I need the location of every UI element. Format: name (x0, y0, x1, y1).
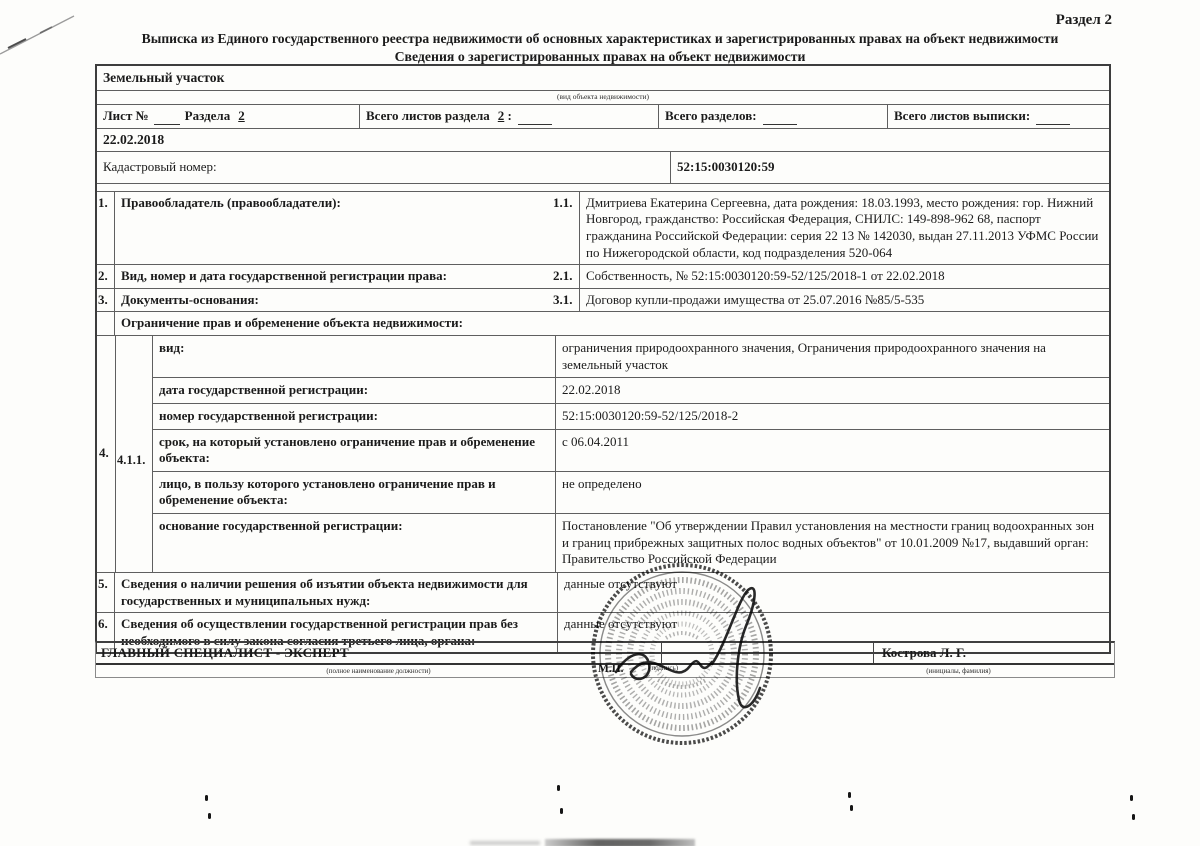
table-row-documents: 3. Документы-основания: 3.1. Договор куп… (97, 289, 1109, 313)
restriction-person-value: не определено (555, 472, 1109, 513)
total-sections-blank-line (763, 113, 797, 125)
scan-dot-artifact (205, 795, 208, 801)
restriction-kind-value: ограничения природоохранного значения, О… (555, 336, 1109, 377)
total-sections-label: Всего разделов: (665, 108, 757, 123)
table-row-restriction-kind: вид: ограничения природоохранного значен… (153, 336, 1109, 378)
row1-value: Дмитриева Екатерина Сергеевна, дата рожд… (580, 192, 1109, 265)
row1-label: Правообладатель (правообладатели): (115, 192, 552, 265)
total-sections-cell: Всего разделов: (658, 105, 887, 128)
scan-dot-artifact (208, 813, 211, 819)
sheet-counters-row: Лист №Раздела2 Всего листов раздела2 : В… (97, 105, 1109, 129)
scan-dot-artifact (557, 785, 560, 791)
restrictions-header: Ограничение прав и обременение объекта н… (115, 312, 1109, 335)
restriction-date-value: 22.02.2018 (555, 378, 1109, 403)
restriction-number-value: 52:15:0030120:59-52/125/2018-2 (555, 404, 1109, 429)
row3-subnumber: 3.1. (552, 289, 580, 312)
cadastral-number-label: Кадастровый номер: (97, 152, 670, 183)
object-type-row: Земельный участок (97, 66, 1109, 91)
scan-smudge-artifact (470, 841, 540, 845)
restrictions-rows: вид: ограничения природоохранного значен… (153, 336, 1109, 572)
row4-number: 4. (99, 445, 109, 462)
sheet-number-cell: Лист №Раздела2 (97, 105, 359, 128)
row1-number: 1. (97, 192, 115, 265)
table-row-restriction-number: номер государственной регистрации: 52:15… (153, 404, 1109, 430)
row3-label: Документы-основания: (115, 289, 552, 312)
spacer-row (97, 184, 1109, 192)
section-no-value: 2 (238, 108, 245, 123)
position-caption: (полное наименование должности) (96, 665, 661, 675)
sheets-in-section-blank-line (518, 113, 552, 125)
section-label: Раздел 2 (1056, 12, 1112, 29)
row2-subnumber: 2.1. (552, 265, 580, 288)
column-divider (152, 336, 153, 572)
sheets-in-section-value: 2 (498, 108, 505, 123)
table-row-restriction-person: лицо, в пользу которого установлено огра… (153, 472, 1109, 514)
document-title: Выписка из Единого государственного реес… (60, 31, 1140, 47)
section-no-label: Раздела (185, 108, 231, 123)
scan-dot-artifact (850, 805, 853, 811)
sheets-in-section-cell: Всего листов раздела2 : (359, 105, 658, 128)
document-subtitle: Сведения о зарегистрированных правах на … (60, 49, 1140, 65)
scan-dot-artifact (1130, 795, 1133, 801)
scan-dot-artifact (848, 792, 851, 798)
total-sheets-blank-line (1036, 113, 1070, 125)
signature (616, 588, 760, 707)
sheet-no-blank-line (154, 113, 180, 125)
restriction-term-label: срок, на который установлено ограничение… (153, 430, 555, 471)
object-type-caption: (вид объекта недвижимости) (97, 91, 1109, 105)
scan-dot-artifact (1132, 814, 1135, 820)
sheets-in-section-colon: : (508, 108, 512, 123)
restriction-term-value: с 06.04.2011 (555, 430, 1109, 471)
sheets-in-section-label: Всего листов раздела (366, 108, 490, 123)
total-sheets-cell: Всего листов выписки: (887, 105, 1109, 128)
restrictions-number-cell (97, 312, 115, 335)
row2-number: 2. (97, 265, 115, 288)
row4-subnumber: 4.1.1. (117, 452, 145, 468)
restriction-date-label: дата государственной регистрации: (153, 378, 555, 403)
name-caption: (инициалы, фамилия) (873, 665, 1114, 675)
official-seal-stamp (588, 560, 776, 748)
cadastral-number-row: Кадастровый номер: 52:15:0030120:59 (97, 152, 1109, 184)
restriction-kind-label: вид: (153, 336, 555, 377)
table-row-restriction-date: дата государственной регистрации: 22.02.… (153, 378, 1109, 404)
row2-label: Вид, номер и дата государственной регист… (115, 265, 552, 288)
scan-dot-artifact (560, 808, 563, 814)
row5-number: 5. (97, 573, 115, 612)
row3-number: 3. (97, 289, 115, 312)
row1-subnumber: 1.1. (552, 192, 580, 265)
restriction-number-label: номер государственной регистрации: (153, 404, 555, 429)
cadastral-number-value: 52:15:0030120:59 (670, 152, 1109, 183)
extract-date: 22.02.2018 (97, 129, 1109, 152)
official-name: Кострова Л. Г. (873, 643, 1114, 663)
table-row-rightholder: 1. Правообладатель (правообладатели): 1.… (97, 192, 1109, 266)
restriction-person-label: лицо, в пользу которого установлено огра… (153, 472, 555, 513)
restrictions-section: 4. 4.1.1. вид: ограничения природоохранн… (97, 336, 1109, 573)
column-divider (115, 336, 116, 572)
restrictions-header-row: Ограничение прав и обременение объекта н… (97, 312, 1109, 336)
object-type-value: Земельный участок (103, 70, 224, 85)
row5-label: Сведения о наличии решения об изъятии об… (115, 573, 557, 612)
official-position: ГЛАВНЫЙ СПЕЦИАЛИСТ - ЭКСПЕРТ (96, 643, 661, 663)
table-row-registration: 2. Вид, номер и дата государственной рег… (97, 265, 1109, 289)
restriction-basis-label: основание государственной регистрации: (153, 514, 555, 572)
row3-value: Договор купли-продажи имущества от 25.07… (580, 289, 1109, 312)
total-sheets-label: Всего листов выписки: (894, 108, 1030, 123)
sheet-no-label: Лист № (103, 108, 149, 123)
table-row-restriction-term: срок, на который установлено ограничение… (153, 430, 1109, 472)
row2-value: Собственность, № 52:15:0030120:59-52/125… (580, 265, 1109, 288)
scan-smudge-artifact (545, 839, 695, 846)
scanned-document-page: Раздел 2 Выписка из Единого государствен… (0, 0, 1200, 846)
